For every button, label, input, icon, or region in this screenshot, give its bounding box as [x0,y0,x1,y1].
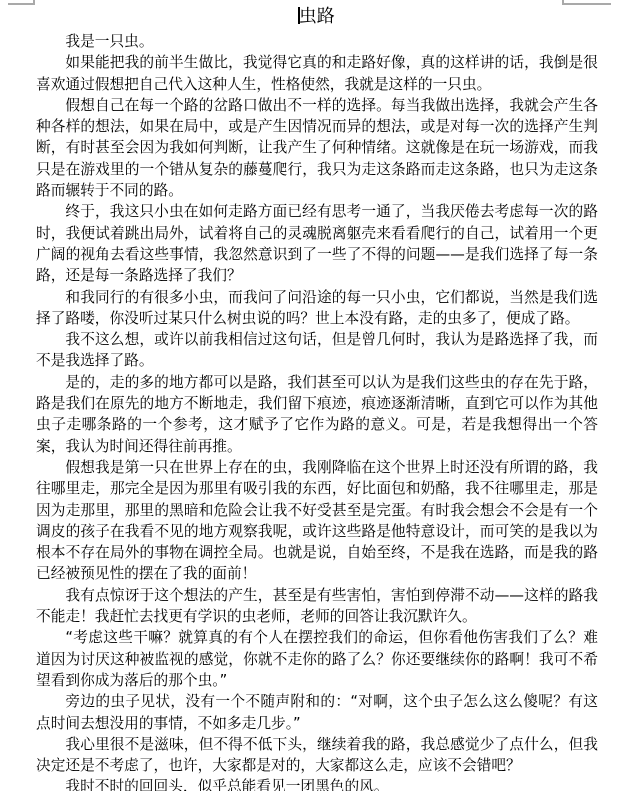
paragraph[interactable]: 终于，我这只小虫在如何走路方面已经有思考一通了，当我厌倦去考虑每一次的路时，我便… [36,201,598,286]
paragraph[interactable]: 假想自己在每一个路的岔路口做出不一样的选择。每当我做出选择，我就会产生各种各样的… [36,95,598,201]
paragraph[interactable]: 我心里很不是滋味，但不得不低下头，继续着我的路，我总感觉少了点什么，但我决定还是… [36,734,598,777]
paragraph[interactable]: 旁边的虫子见状，没有一个不随声附和的：“对啊，这个虫子怎么这么傻呢？有这点时间去… [36,691,598,734]
paragraph[interactable]: 假想我是第一只在世界上存在的虫，我刚降临在这个世界上时还没有所谓的路，我往哪里走… [36,457,598,585]
paragraph[interactable]: 我不这么想，或许以前我相信过这句话，但是曾几何时，我认为是路选择了我，而不是我选… [36,329,598,372]
text-boundary-mark-top-right-vertical [562,0,564,5]
document-title-text: 虫路 [299,6,335,27]
paragraph[interactable]: 是的，走的多的地方都可以是路，我们甚至可以认为是我们这些虫的存在先于路，路是我们… [36,372,598,457]
paragraph[interactable]: 如果能把我的前半生做比，我觉得它真的和走路好像，真的这样讲的话，我倒是很喜欢通过… [36,52,598,95]
document-title[interactable]: 虫路 [0,0,633,27]
text-boundary-mark-top-left-vertical [33,0,35,5]
paragraph[interactable]: “考虑这些干嘛？就算真的有个人在摆控我们的命运，但你看他伤害我们了么？难道因为讨… [36,627,598,691]
paragraph[interactable]: 我时不时的回回头，似乎总能看见一团黑色的风。 [36,776,598,791]
paragraph[interactable]: 我是一只虫。 [36,31,598,52]
document-page: 虫路 我是一只虫。 如果能把我的前半生做比，我觉得它真的和走路好像，真的这样讲的… [0,0,633,791]
paragraph[interactable]: 和我同行的有很多小虫，而我问了问沿途的每一只小虫，它们都说，当然是我们选择了路喽… [36,287,598,330]
text-boundary-mark-top-left-horizontal [8,3,34,5]
document-body-text-area[interactable]: 我是一只虫。 如果能把我的前半生做比，我觉得它真的和走路好像，真的这样讲的话，我… [36,31,598,791]
paragraph[interactable]: 我有点惊讶于这个想法的产生，甚至是有些害怕，害怕到停滞不动——这样的路我不能走！… [36,585,598,628]
text-boundary-mark-top-right-horizontal [562,3,611,5]
